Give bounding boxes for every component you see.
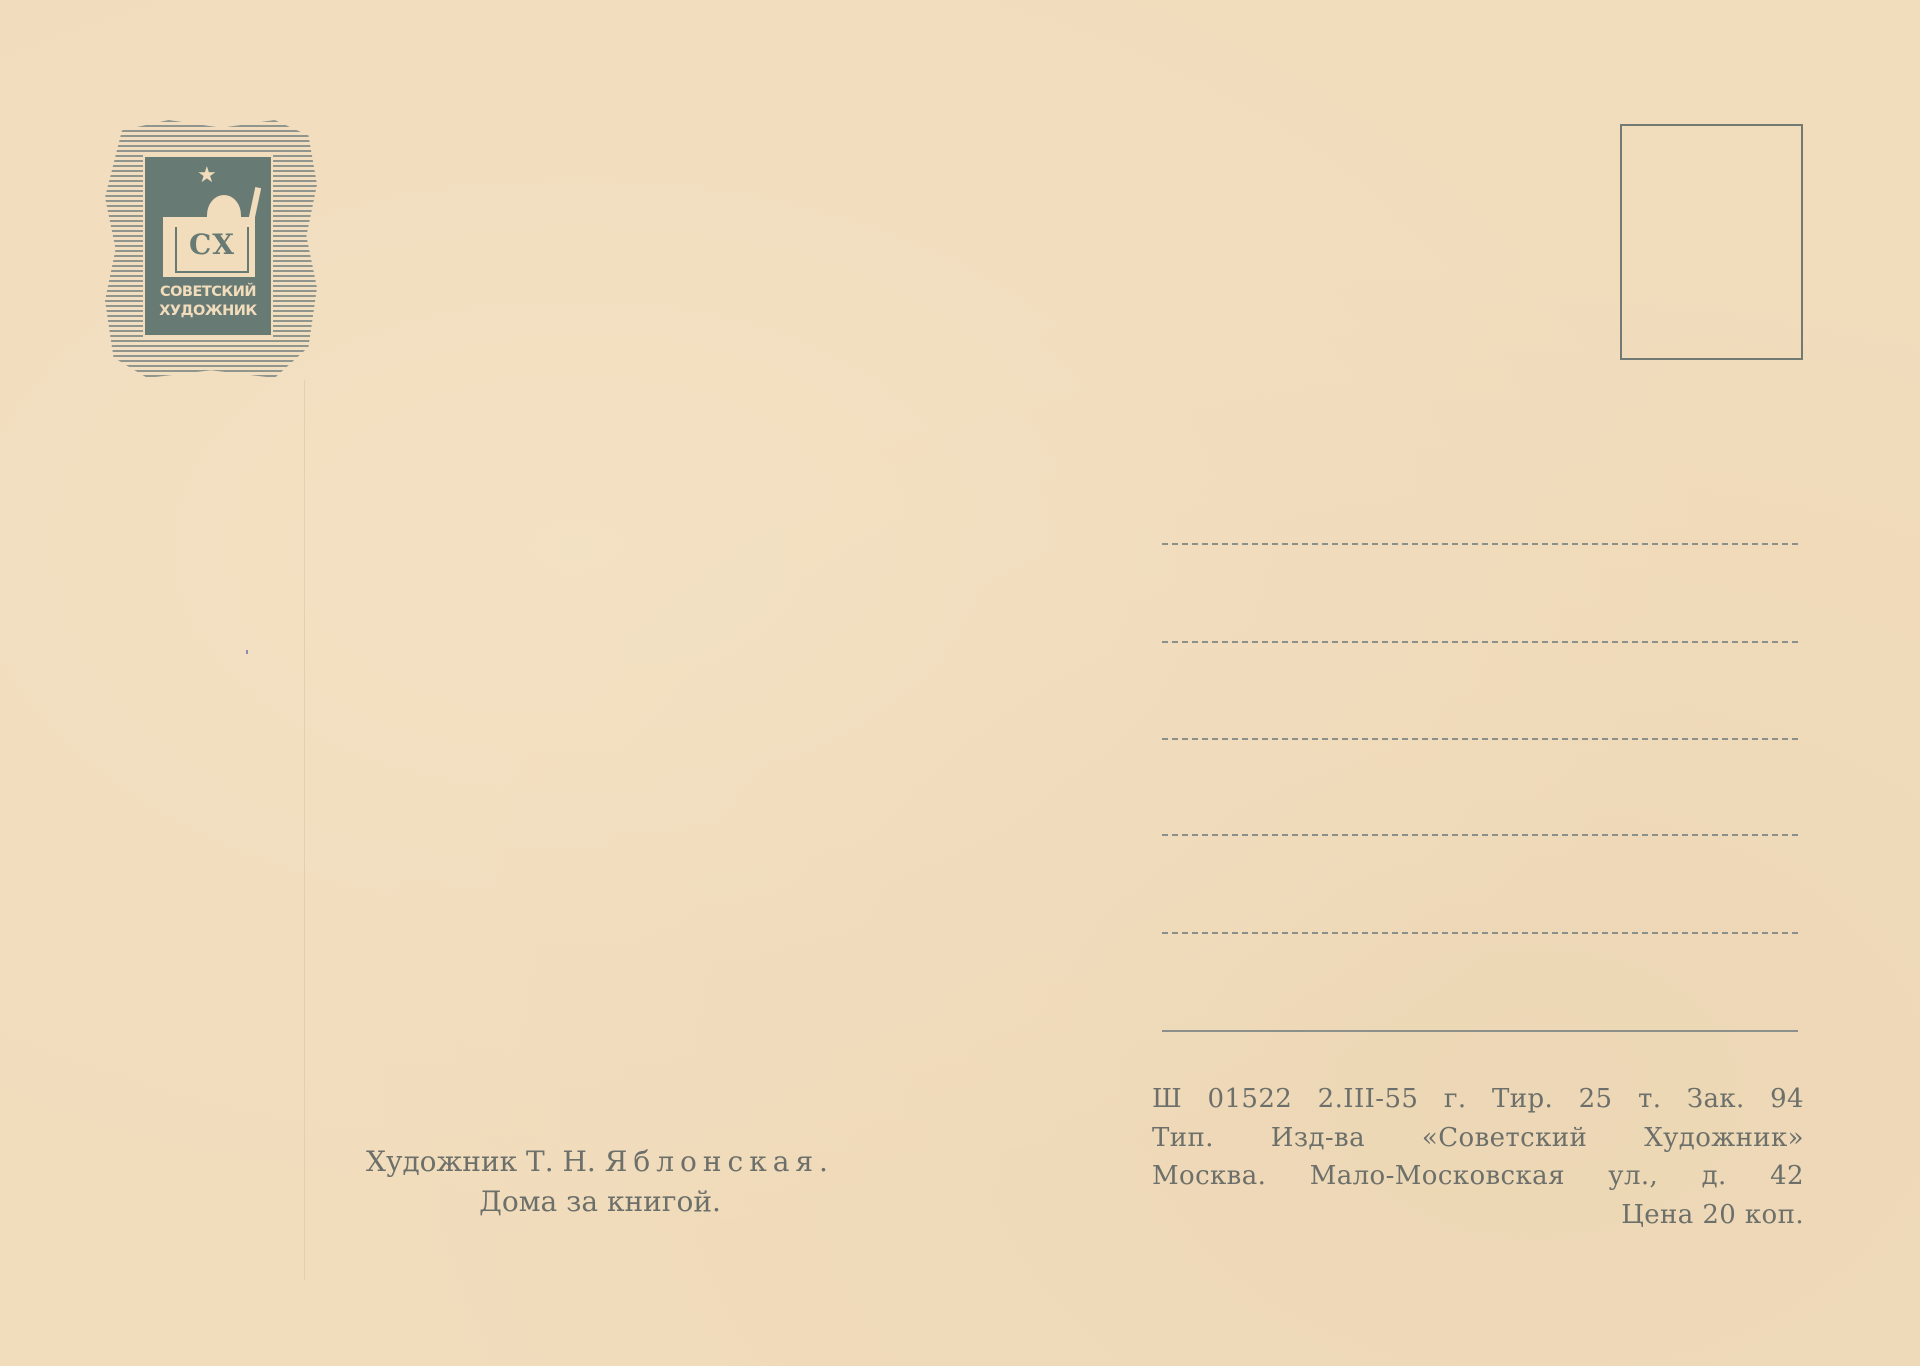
stamp-box: [1620, 124, 1803, 360]
star-icon: ★: [197, 165, 217, 187]
address-line-4: [1162, 834, 1798, 836]
open-book-icon: СХ: [163, 217, 255, 277]
printing-imprint: Ш 01522 2.III-55 г. Тир. 25 т. Зак. 94 Т…: [1152, 1080, 1804, 1234]
address-line-5: [1162, 932, 1798, 934]
logo-text-line2: ХУДОЖНИК: [145, 304, 271, 319]
logo-monogram: СХ: [177, 231, 247, 259]
artwork-credit: Художник Т. Н. Яблонская. Дома за книгой…: [290, 1142, 910, 1222]
logo-emblem: ★ СХ СОВЕТСКИЙ ХУДОЖНИК: [143, 155, 273, 337]
imprint-line-2: Тип. Изд-ва «Советский Художник»: [1152, 1119, 1804, 1158]
address-line-3: [1162, 738, 1798, 740]
artwork-title: Дома за книгой.: [290, 1182, 910, 1222]
imprint-price: Цена 20 коп.: [1152, 1196, 1804, 1235]
artist-prefix: Художник Т. Н.: [366, 1145, 596, 1178]
imprint-line-3: Москва. Мало-Московская ул., д. 42: [1152, 1157, 1804, 1196]
address-line-6: [1162, 1030, 1798, 1032]
imprint-line-1: Ш 01522 2.III-55 г. Тир. 25 т. Зак. 94: [1152, 1080, 1804, 1119]
artist-line: Художник Т. Н. Яблонская.: [290, 1142, 910, 1182]
artist-surname: Яблонская.: [605, 1145, 834, 1178]
address-line-2: [1162, 641, 1798, 643]
publisher-logo: ★ СХ СОВЕТСКИЙ ХУДОЖНИК: [105, 120, 317, 378]
ink-speck: [246, 650, 248, 654]
logo-text-line1: СОВЕТСКИЙ: [145, 285, 271, 300]
address-line-1: [1162, 543, 1798, 545]
